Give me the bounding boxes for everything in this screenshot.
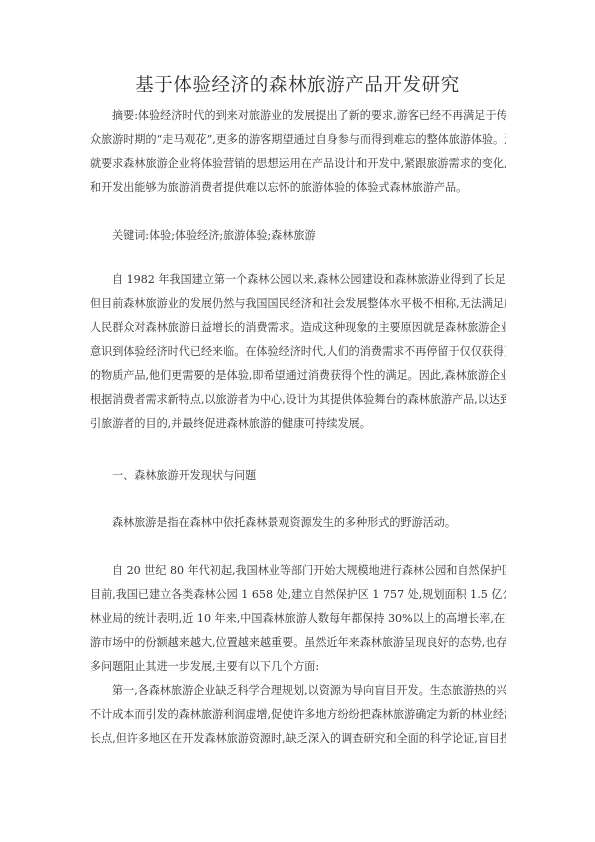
paragraph-line: 根据消费者需求新特点,以旅游者为中心,设计为其提供体验舞台的森林旅游产品,以达到… xyxy=(90,388,506,412)
paragraph-line: 自 1982 年我国建立第一个森林公园以来,森林公园建设和森林旅游业得到了长足发… xyxy=(90,268,506,292)
paragraph-status: 自 20 世纪 80 年代初起,我国林业等部门开始大规模地进行森林公园和自然保护… xyxy=(90,559,506,679)
section-heading: 一、森林旅游开发现状与问题 xyxy=(90,464,506,488)
paragraph-line: 人民群众对森林旅游日益增长的消费需求。造成这种现象的主要原因就是森林旅游企业没有 xyxy=(90,316,506,340)
paragraph-line: 游市场中的份额越来越大,位置越来越重要。虽然近年来森林旅游呈现良好的态势,也存在… xyxy=(90,631,506,655)
keywords: 关键词:体验;体验经济;旅游体验;森林旅游 xyxy=(90,224,506,248)
definition-paragraph: 森林旅游是指在森林中依托森林景观资源发生的多种形式的野游活动。 xyxy=(90,511,506,535)
paragraph-line: 但目前森林旅游业的发展仍然与我国国民经济和社会发展整体水平极不相称,无法满足广大 xyxy=(90,292,506,316)
paragraph-line: 多问题阻止其进一步发展,主要有以下几个方面: xyxy=(90,655,506,679)
abstract-line: 众旅游时期的“走马观花”,更多的游客期望通过自身参与而得到难忘的整体旅游体验。这 xyxy=(90,128,506,152)
document-page: 基于体验经济的森林旅游产品开发研究 摘要:体验经济时代的到来对旅游业的发展提出了… xyxy=(0,0,595,842)
paragraph-line: 林业局的统计表明,近 10 年来,中国森林旅游人数每年都保持 30%以上的高增长… xyxy=(90,607,506,631)
paragraph-line: 第一,各森林旅游企业缺乏科学合理规划,以资源为导向盲目开发。生态旅游热的兴起和 xyxy=(90,679,506,703)
paragraph-intro: 自 1982 年我国建立第一个森林公园以来,森林公园建设和森林旅游业得到了长足发… xyxy=(90,268,506,436)
abstract: 摘要:体验经济时代的到来对旅游业的发展提出了新的要求,游客已经不再满足于传统大 … xyxy=(90,104,506,200)
abstract-line: 就要求森林旅游企业将体验营销的思想运用在产品设计和开发中,紧跟旅游需求的变化,设… xyxy=(90,152,506,176)
paragraph-line: 意识到体验经济时代已经来临。在体验经济时代,人们的消费需求不再停留于仅仅获得更多 xyxy=(90,340,506,364)
abstract-line: 和开发出能够为旅游消费者提供难以忘怀的旅游体验的体验式森林旅游产品。 xyxy=(90,176,506,200)
paragraph-line: 长点,但许多地区在开发森林旅游资源时,缺乏深入的调查研究和全面的科学论证,盲目投… xyxy=(90,727,506,751)
paragraph-line: 目前,我国已建立各类森林公园 1 658 处,建立自然保护区 1 757 处,规… xyxy=(90,583,506,607)
document-title: 基于体验经济的森林旅游产品开发研究 xyxy=(0,74,595,98)
keywords-line: 关键词:体验;体验经济;旅游体验;森林旅游 xyxy=(90,224,506,248)
paragraph-line: 的物质产品,他们更需要的是体验,即希望通过消费获得个性的满足。因此,森林旅游企业… xyxy=(90,364,506,388)
paragraph-line: 森林旅游是指在森林中依托森林景观资源发生的多种形式的野游活动。 xyxy=(90,511,506,535)
paragraph-line: 自 20 世纪 80 年代初起,我国林业等部门开始大规模地进行森林公园和自然保护… xyxy=(90,559,506,583)
abstract-line: 摘要:体验经济时代的到来对旅游业的发展提出了新的要求,游客已经不再满足于传统大 xyxy=(90,104,506,128)
paragraph-first-problem: 第一,各森林旅游企业缺乏科学合理规划,以资源为导向盲目开发。生态旅游热的兴起和 … xyxy=(90,679,506,751)
paragraph-line: 引旅游者的目的,并最终促进森林旅游的健康可持续发展。 xyxy=(90,412,506,436)
paragraph-line: 不计成本而引发的森林旅游利润虚增,促使许多地方纷纷把森林旅游确定为新的林业经济增 xyxy=(90,703,506,727)
section-heading-text: 一、森林旅游开发现状与问题 xyxy=(90,464,506,488)
